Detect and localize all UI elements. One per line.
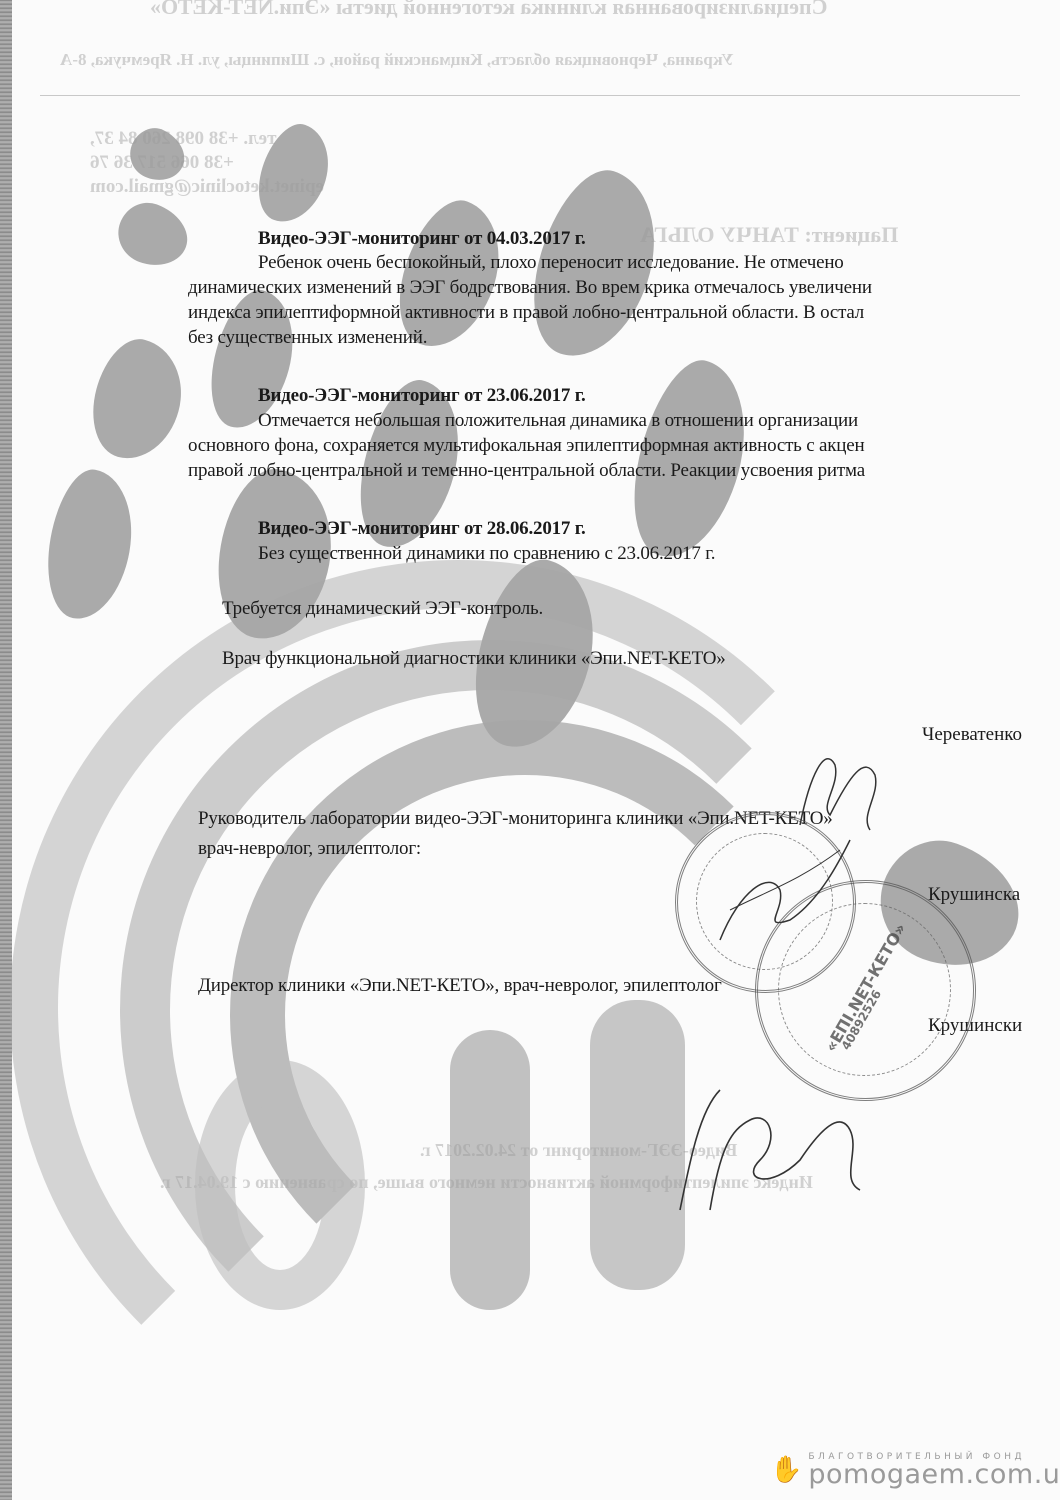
recommendation: Требуется динамический ЭЭГ-контроль. <box>222 598 543 620</box>
charity-watermark: ✋ БЛАГОТВОРИТЕЛЬНЫЙ ФОНД pomogaem.com.ua <box>770 1452 1060 1488</box>
signatory-name: Крушинска <box>928 884 1020 906</box>
section-text-line: правой лобно-центральной и теменно-центр… <box>188 460 865 482</box>
signature-director <box>660 1050 890 1220</box>
section-text-line: Ребенок очень беспокойный, плохо перенос… <box>258 252 844 274</box>
signatory-name: Череватенко <box>922 724 1022 746</box>
signature-cherevatenko <box>780 735 890 845</box>
medical-report: Видео-ЭЭГ-мониторинг от 04.03.2017 г. Ре… <box>0 0 1060 1500</box>
section-heading: Видео-ЭЭГ-мониторинг от 04.03.2017 г. <box>258 228 586 250</box>
watermark-domain: pomogaem.com.ua <box>808 1462 1060 1488</box>
signatory-title: Директор клиники «Эпи.NET-КЕТО», врач-не… <box>198 975 722 997</box>
section-text-line: индекса эпилептиформной активности в пра… <box>188 302 864 324</box>
section-text-line: основного фона, сохраняется мультифокаль… <box>188 435 864 457</box>
section-text-line: без существенных изменений. <box>188 327 427 349</box>
section-heading: Видео-ЭЭГ-мониторинг от 28.06.2017 г. <box>258 518 586 540</box>
hand-fingerprint-icon: ✋ <box>770 1455 802 1485</box>
section-text-line: Отмечается небольшая положительная динам… <box>258 410 858 432</box>
signatory-title: врач-невролог, эпилептолог: <box>198 838 421 860</box>
section-text-line: Без существенной динамики по сравнению с… <box>258 543 715 565</box>
section-heading: Видео-ЭЭГ-мониторинг от 23.06.2017 г. <box>258 385 586 407</box>
signature-krushinska <box>700 830 860 960</box>
section-text-line: динамических изменений в ЭЭГ бодрствован… <box>188 277 872 299</box>
signatory-title: Врач функциональной диагностики клиники … <box>222 648 726 670</box>
